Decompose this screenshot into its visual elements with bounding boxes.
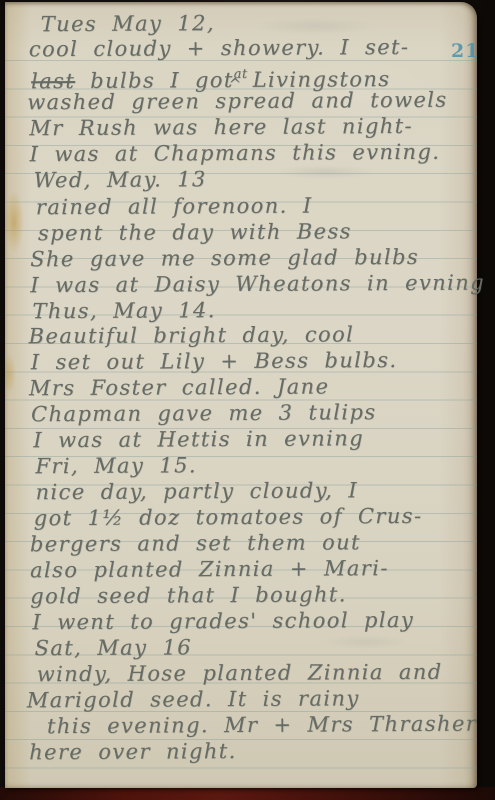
notebook-paper: 21 Tues May 12,cool cloudy + showery. I … [5,2,477,788]
handwritten-line: Mrs Foster called. Jane [29,373,330,401]
handwritten-line: also planted Zinnia + Mari- [30,555,389,583]
handwritten-line: bergers and set them out [30,529,361,557]
handwritten-line: washed green spread and towels [27,87,448,116]
handwritten-line: this evening. Mr + Mrs Thrasher [47,711,477,740]
scanned-diary-page: 21 Tues May 12,cool cloudy + showery. I … [0,0,495,800]
handwritten-line: Beautiful bright day, cool [29,321,355,349]
handwritten-line: here over night. [29,738,237,765]
handwritten-line: Sat, May 16 [34,634,192,661]
handwritten-line: I set out Lily + Bess bulbs. [31,347,398,375]
handwritten-line: Fri, May 15. [35,452,197,479]
handwritten-line: She gave me some glad bulbs [30,244,419,272]
handwritten-line: Chapman gave me 3 tulips [31,399,377,427]
handwritten-line: Wed, May. 13 [34,166,207,193]
handwritten-line: I went to grades' school play [32,607,414,635]
handwritten-line: got 1½ doz tomatoes of Crus- [34,503,423,531]
handwritten-line: I was at Hettis in evning [33,425,364,453]
handwritten-line: cool cloudy + showery. I set- [29,34,410,62]
handwritten-line: Marigold seed. It is rainy [27,685,360,713]
handwritten-line: Thus, May 14. [32,297,215,324]
handwritten-line: Tues May 12, [41,10,215,37]
handwritten-line: I was at Daisy Wheatons in evning [30,270,485,299]
handwritten-line: Mr Rush was here last night- [29,113,413,141]
handwritten-line: gold seed that I bought. [30,581,347,609]
diary-lines: Tues May 12,cool cloudy + showery. I set… [3,1,480,790]
handwritten-line: rained all forenoon. I [36,193,313,221]
handwritten-line: spent the day with Bess [38,218,352,246]
handwritten-line: windy, Hose planted Zinnia and [37,659,443,687]
handwritten-line: I was at Chapmans this evning. [29,139,440,168]
handwritten-line: nice day, partly cloudy, I [36,477,359,505]
